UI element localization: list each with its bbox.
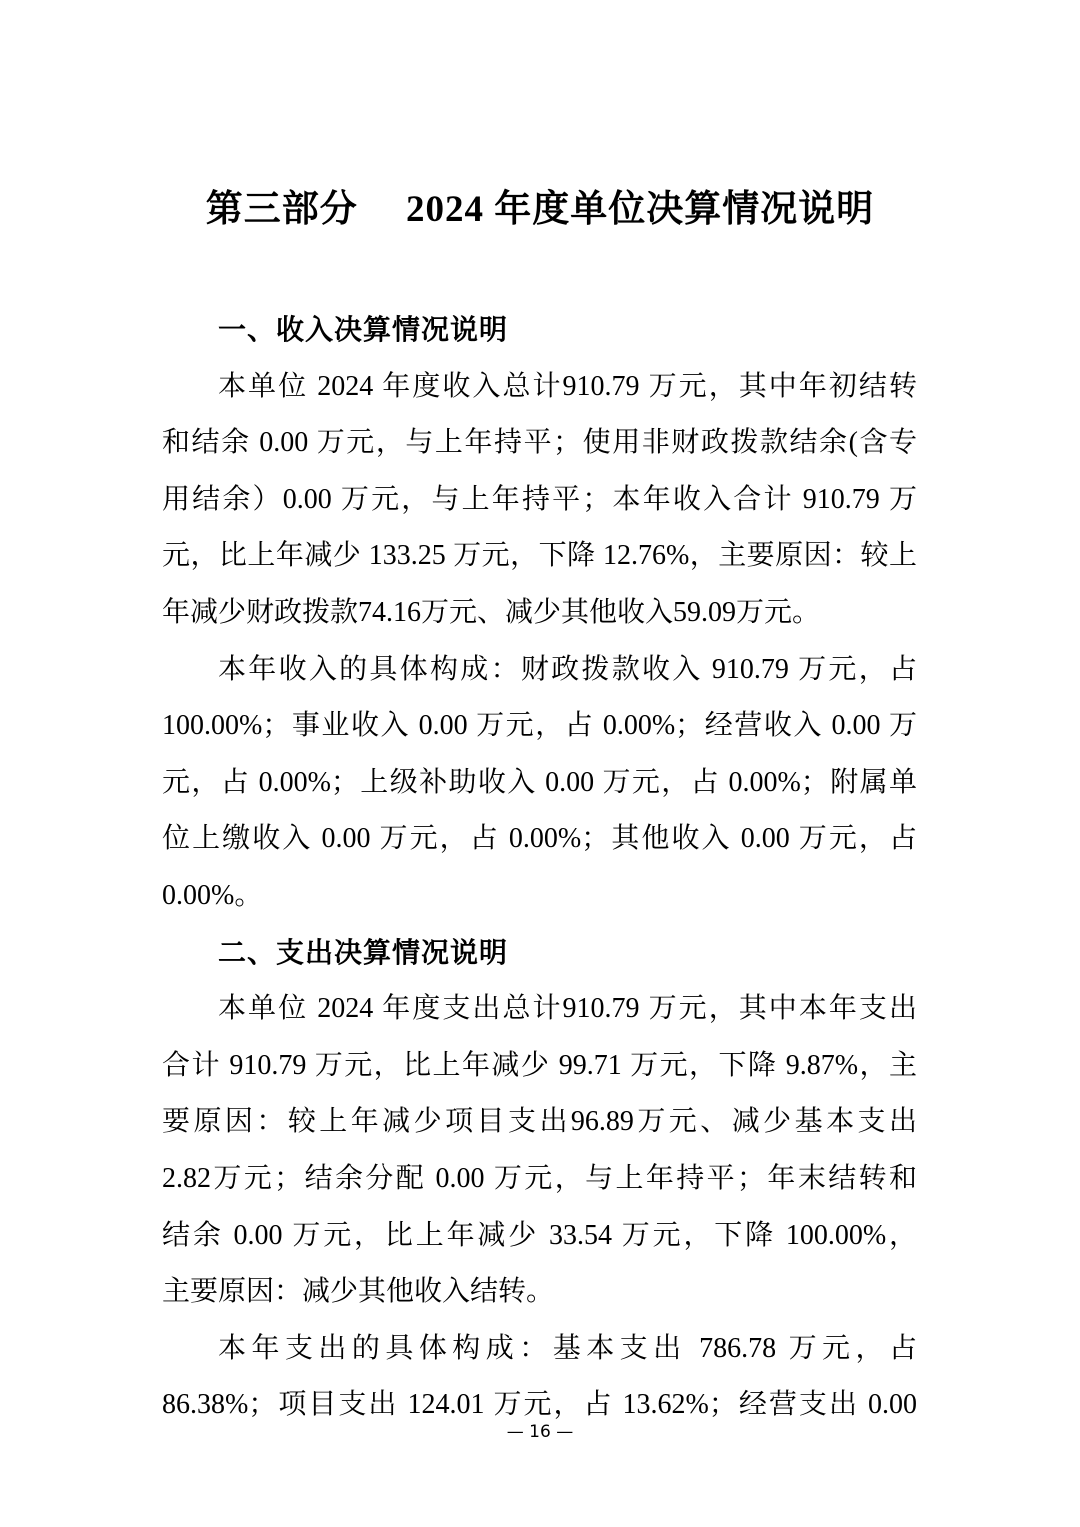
body-line: 元，比上年减少 133.25 万元，下降 12.76%，主要原因：较上 [162,528,917,585]
document-title: 第三部分 2024 年度单位决算情况说明 [0,184,1080,236]
content-area: 一、收入决算情况说明本单位 2024 年度收入总计910.79 万元，其中年初结… [162,302,917,1434]
body-line: 本年收入的具体构成：财政拨款收入 910.79 万元，占 [162,642,917,699]
body-line: 本单位 2024 年度收入总计910.79 万元，其中年初结转 [162,359,917,416]
body-line: 主要原因：减少其他收入结转。 [162,1264,917,1321]
page-number: — 16 — [0,1421,1080,1443]
body-line: 本单位 2024 年度支出总计910.79 万元，其中本年支出 [162,981,917,1038]
body-line: 结余 0.00 万元，比上年减少 33.54 万元，下降 100.00%， [162,1208,917,1265]
body-line: 2.82万元；结余分配 0.00 万元，与上年持平；年末结转和 [162,1151,917,1208]
body-line: 合计 910.79 万元，比上年减少 99.71 万元，下降 9.87%，主 [162,1038,917,1095]
body-line: 元，占 0.00%；上级补助收入 0.00 万元，占 0.00%；附属单 [162,755,917,812]
body-line: 和结余 0.00 万元，与上年持平；使用非财政拨款结余(含专 [162,415,917,472]
body-line: 100.00%；事业收入 0.00 万元，占 0.00%；经营收入 0.00 万 [162,698,917,755]
body-line: 用结余）0.00 万元，与上年持平；本年收入合计 910.79 万 [162,472,917,529]
document-page: 第三部分 2024 年度单位决算情况说明 一、收入决算情况说明本单位 2024 … [0,0,1080,1527]
body-line: 位上缴收入 0.00 万元，占 0.00%；其他收入 0.00 万元，占 [162,811,917,868]
section-heading: 一、收入决算情况说明 [162,302,917,359]
body-line: 年减少财政拨款74.16万元、减少其他收入59.09万元。 [162,585,917,642]
body-line: 本年支出的具体构成：基本支出 786.78 万元，占 [162,1321,917,1378]
body-line: 0.00%。 [162,868,917,925]
body-line: 要原因：较上年减少项目支出96.89万元、减少基本支出 [162,1094,917,1151]
section-heading: 二、支出决算情况说明 [162,925,917,982]
